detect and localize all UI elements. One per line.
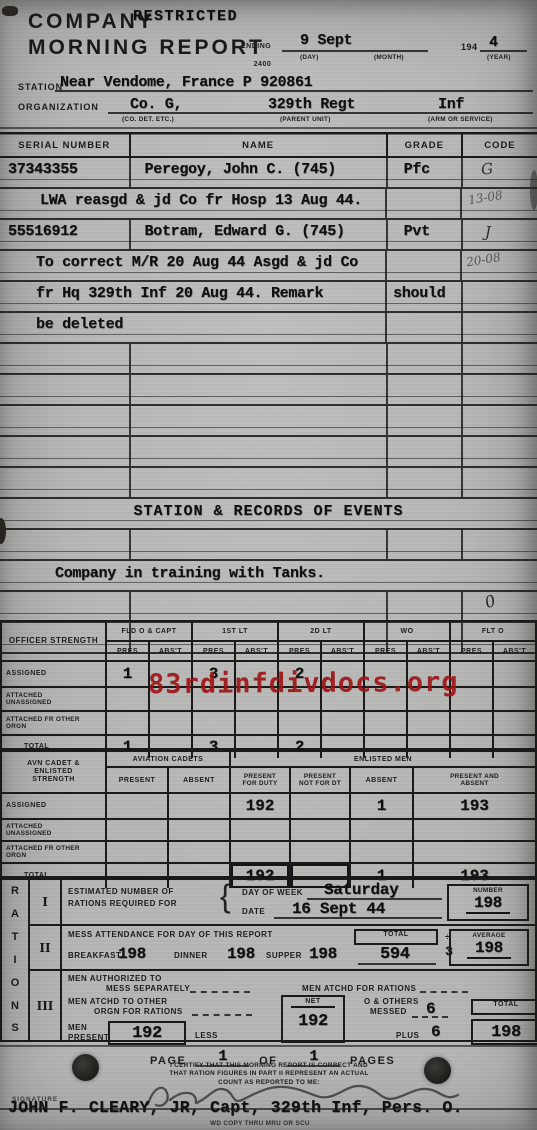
net-label: NET	[291, 998, 335, 1008]
rations-bottom-double-line	[0, 1045, 537, 1047]
blank-line	[412, 1016, 448, 1018]
number-label: NUMBER	[473, 887, 503, 894]
enlisted-row-attached-unassigned: ATTACHED UNASSIGNED	[2, 820, 535, 842]
cell-value	[107, 794, 169, 818]
roster-row-remark-2: To correct M/R 20 Aug 44 Asgd & jd Co 20…	[0, 251, 537, 282]
net-value: 192	[298, 1012, 328, 1031]
cell-value: 1	[351, 794, 414, 818]
group-2d-lt: 2D LT	[310, 628, 331, 635]
number-box: NUMBER 198	[447, 884, 529, 921]
group-aviation-cadets: AVIATION CADETS	[133, 756, 204, 763]
men-label: MEN	[68, 1023, 87, 1032]
certify-line-1: I CERTIFY THAT THIS MORNING REPORT IS CO…	[113, 1062, 425, 1070]
subheader-pres: PRES	[203, 648, 224, 655]
numeral-ii: II	[30, 926, 62, 969]
col-present-for-duty: PRESENT FOR DUTY	[240, 773, 280, 787]
blank-line	[420, 991, 468, 993]
rations-vertical-label: R A T I O N S	[2, 880, 30, 1040]
date-label: DATE	[242, 907, 265, 916]
code-value-handwritten: G	[462, 156, 494, 180]
col-absent: ABSENT	[366, 777, 398, 784]
blank-line	[192, 1014, 252, 1016]
subheader-abst: ABS'T	[331, 648, 354, 655]
roster-top-double-line	[0, 127, 537, 129]
remark-text: be deleted	[0, 313, 123, 333]
numeral-iii: III	[30, 971, 62, 1040]
rations-part-1: I ESTIMATED NUMBER OF RATIONS REQUIRED F…	[30, 880, 535, 926]
enlisted-corner-label: AVN CADET & ENLISTED STRENGTH	[17, 760, 91, 784]
remark-text: LWA reasgd & jd Co fr Hosp 13 Aug 44.	[0, 189, 362, 209]
roster-row-blank	[0, 406, 537, 437]
roster-row-blank	[0, 437, 537, 468]
rations-section: R A T I O N S I ESTIMATED NUMBER OF RATI…	[0, 878, 537, 1042]
net-box: NET 192	[281, 995, 345, 1043]
remark-text: To correct M/R 20 Aug 44 Asgd & jd Co	[0, 251, 358, 271]
row-label: ATTACHED UNASSIGNED	[6, 692, 76, 707]
cell-value	[494, 662, 535, 686]
soldier-name: Peregoy, John C. (745)	[131, 158, 336, 178]
men-present-box: 192	[108, 1021, 186, 1045]
rations-letter: A	[11, 908, 19, 920]
scan-artifact	[2, 6, 18, 16]
subheader-abst: ABS'T	[159, 648, 182, 655]
cell-value: 192	[231, 794, 291, 818]
events-entry-text: Company in training with Tanks.	[0, 561, 325, 582]
rations-letter: O	[11, 977, 20, 989]
rations-letter: R	[11, 885, 19, 897]
serial-number: 55516912	[0, 220, 78, 240]
station-value: Near Vendome, France P 920861	[60, 74, 312, 91]
roster-row-events-header: STATION & RECORDS OF EVENTS	[0, 499, 537, 530]
day-sublabel: (DAY)	[300, 54, 319, 61]
orgn-for-rations-label: ORGN FOR RATIONS	[94, 1007, 183, 1016]
dinner-label: DINNER	[174, 951, 208, 960]
mess-separately-label: MESS SEPARATELY	[106, 984, 190, 993]
roster-row-entry-2: 55516912 Botram, Edward G. (745) Pvt J	[0, 220, 537, 251]
organization-line	[108, 112, 533, 114]
events-section-title: STATION & RECORDS OF EVENTS	[133, 499, 403, 520]
bottom-note: WD COPY THRU MRU OR SCU	[210, 1120, 310, 1127]
cell-value: 193	[414, 794, 535, 818]
cell-value	[169, 794, 231, 818]
org-parent-sublabel: (PARENT UNIT)	[280, 116, 331, 123]
group-flt-o: FLT O	[482, 628, 504, 635]
rations-part-2: II MESS ATTENDANCE FOR DAY OF THIS REPOR…	[30, 926, 535, 971]
blank-line	[190, 991, 250, 993]
col-header-name: NAME	[131, 134, 388, 156]
cell-value: 1	[107, 662, 150, 686]
form-title-line2: MORNING REPORT	[28, 36, 265, 60]
cell-value	[291, 794, 351, 818]
average-value: 198	[467, 939, 511, 959]
org-arm-sublabel: (ARM OR SERVICE)	[428, 116, 493, 123]
ending-2400-label: ENDING 2400	[241, 35, 271, 70]
group-fldo-capt: FLD O & CAPT	[122, 628, 177, 635]
total-rations-value-box: 198	[471, 1019, 537, 1045]
men-present-value: 192	[132, 1024, 162, 1043]
subheader-pres: PRES	[289, 648, 310, 655]
number-value: 198	[466, 894, 510, 914]
org-parent-value: 329th Regt	[268, 96, 355, 113]
serial-number: 37343355	[0, 158, 78, 178]
row-label: ATTACHED UNASSIGNED	[6, 823, 76, 838]
numeral-i: I	[30, 880, 62, 924]
col-header-serial: SERIAL NUMBER	[0, 134, 131, 156]
scan-artifact	[530, 170, 537, 210]
ending-label-bottom: 2400	[254, 61, 272, 68]
plus-value: 6	[431, 1023, 440, 1041]
station-line	[55, 90, 533, 92]
red-watermark: 83rdinfdivdocs.org	[148, 667, 459, 700]
rations-letter: I	[13, 954, 16, 966]
code-date-handwritten: 20-08	[461, 248, 502, 270]
rations-letter: N	[11, 1000, 19, 1012]
ending-label-top: ENDING	[241, 43, 271, 50]
roster-row-entry-1: 37343355 Peregoy, John C. (745) Pfc G	[0, 158, 537, 189]
breakfast-label: BREAKFAST	[68, 951, 121, 960]
col-header-grade: GRADE	[388, 134, 463, 156]
estimated-label-2: RATIONS REQUIRED FOR	[68, 899, 177, 908]
subheader-pres: PRES	[117, 648, 138, 655]
roster-table: SERIAL NUMBER NAME GRADE CODE 37343355 P…	[0, 132, 537, 654]
mess-total-value: 594	[380, 945, 410, 964]
rations-letter: S	[11, 1022, 18, 1034]
signature-rule-line	[0, 1108, 537, 1110]
officer-row-attached-fr-other: ATTACHED FR OTHER ORGN	[2, 712, 535, 736]
roster-row-events-entry: Company in training with Tanks.	[0, 561, 537, 592]
present-label: PRESENT	[68, 1033, 109, 1042]
remark-text: fr Hq 329th Inf 20 Aug 44. Remark	[0, 282, 323, 302]
group-enlisted-men: ENLISTED MEN	[354, 756, 412, 763]
rations-part-3: III MEN AUTHORIZED TO MESS SEPARATELY ME…	[30, 971, 535, 1040]
rations-letter: T	[12, 931, 19, 943]
row-label: ASSIGNED	[6, 670, 47, 678]
total-label-box: TOTAL	[354, 929, 438, 945]
enlisted-row-assigned: ASSIGNED 192 1 193	[2, 794, 535, 820]
date-line	[282, 50, 428, 52]
roster-row-remark-4: be deleted	[0, 313, 537, 344]
date-value: 16 Sept 44	[292, 900, 385, 918]
year-line	[480, 50, 527, 52]
enlisted-strength-table: AVN CADET & ENLISTED STRENGTH AVIATION C…	[0, 750, 537, 878]
row-label: ATTACHED FR OTHER ORGN	[6, 716, 86, 731]
row-label: ASSIGNED	[6, 802, 47, 810]
org-unit-value: Co. G,	[130, 96, 182, 113]
col-absent: ABSENT	[183, 777, 215, 784]
morning-report-scan: COMPANY RESTRICTED MORNING REPORT ENDING…	[0, 0, 537, 1130]
supper-label: SUPPER	[266, 951, 302, 960]
grade-value: Pfc	[388, 158, 430, 178]
year-digit: 4	[489, 34, 498, 51]
officer-strength-corner-label: OFFICER STRENGTH	[9, 636, 98, 645]
subheader-abst: ABS'T	[503, 648, 526, 655]
month-sublabel: (MONTH)	[374, 54, 404, 61]
plus-label: PLUS	[396, 1031, 419, 1040]
roster-row-blank	[0, 344, 537, 375]
subheader-pres: PRES	[375, 648, 396, 655]
men-authorized-label: MEN AUTHORIZED TO	[68, 974, 162, 983]
total-rations-label-box: TOTAL	[471, 999, 537, 1015]
roster-row-blank	[0, 375, 537, 406]
restricted-stamp: RESTRICTED	[133, 8, 238, 25]
total-line	[358, 963, 436, 965]
roster-row-remark-1: LWA reasgd & jd Co fr Hosp 13 Aug 44. 13…	[0, 189, 537, 220]
code-value-handwritten: J	[463, 220, 491, 241]
day-of-week-value: Saturday	[324, 881, 398, 899]
roster-row-blank	[0, 468, 537, 499]
roster-row-remark-3: fr Hq 329th Inf 20 Aug 44. Remark should	[0, 282, 537, 313]
grade-value: Pvt	[388, 220, 430, 240]
total-rations-value: 198	[491, 1023, 521, 1042]
supper-value: 198	[309, 945, 337, 963]
col-present: PRESENT	[119, 777, 156, 784]
mess-attendance-label: MESS ATTENDANCE FOR DAY OF THIS REPORT	[68, 930, 273, 939]
day-of-week-label: DAY OF WEEK	[242, 888, 303, 897]
average-box: AVERAGE 198	[449, 929, 529, 966]
others-label-1: O & OTHERS	[364, 997, 419, 1006]
brace-glyph: {	[220, 878, 231, 915]
group-wo: WO	[400, 628, 413, 635]
subheader-pres: PRES	[461, 648, 482, 655]
men-atchd-other-label: MEN ATCHD TO OTHER	[68, 997, 168, 1006]
org-unit-sublabel: (CO. DET. ETC.)	[122, 116, 174, 123]
enlisted-row-attached-fr-other: ATTACHED FR OTHER ORGN	[2, 842, 535, 864]
dinner-value: 198	[227, 945, 255, 963]
total-label: TOTAL	[383, 931, 408, 938]
year-sublabel: (YEAR)	[487, 54, 511, 61]
date-line	[274, 917, 442, 919]
roster-row-blank	[0, 530, 537, 561]
org-arm-value: Inf	[438, 96, 464, 113]
col-header-code: CODE	[463, 134, 537, 156]
average-label: AVERAGE	[472, 932, 505, 939]
roster-header-row: SERIAL NUMBER NAME GRADE CODE	[0, 134, 537, 158]
others-label-2: MESSED	[370, 1007, 407, 1016]
group-1st-lt: 1ST LT	[222, 628, 248, 635]
subheader-abst: ABS'T	[417, 648, 440, 655]
men-atchd-rations-label: MEN ATCHD FOR RATIONS	[302, 984, 416, 993]
soldier-name: Botram, Edward G. (745)	[131, 220, 345, 240]
code-date-handwritten: 13-08	[461, 186, 504, 208]
subheader-abst: ABS'T	[245, 648, 268, 655]
punch-hole-left	[72, 1054, 99, 1081]
report-ending-date: 9 Sept	[300, 32, 352, 49]
total-label: TOTAL	[493, 1001, 518, 1008]
organization-label: ORGANIZATION	[18, 102, 99, 112]
col-present-and-absent: PRESENT AND ABSENT	[449, 773, 501, 787]
breakfast-value: 198	[118, 945, 146, 963]
less-label: LESS	[195, 1031, 218, 1040]
roster-row-blank	[0, 592, 537, 623]
col-present-not-for-dt: PRESENT NOT FOR DT	[298, 773, 342, 787]
estimated-label-1: ESTIMATED NUMBER OF	[68, 887, 174, 896]
remark-overflow: should	[387, 282, 445, 302]
year-printed: 194	[461, 42, 478, 52]
row-label: ATTACHED FR OTHER ORGN	[6, 845, 86, 860]
